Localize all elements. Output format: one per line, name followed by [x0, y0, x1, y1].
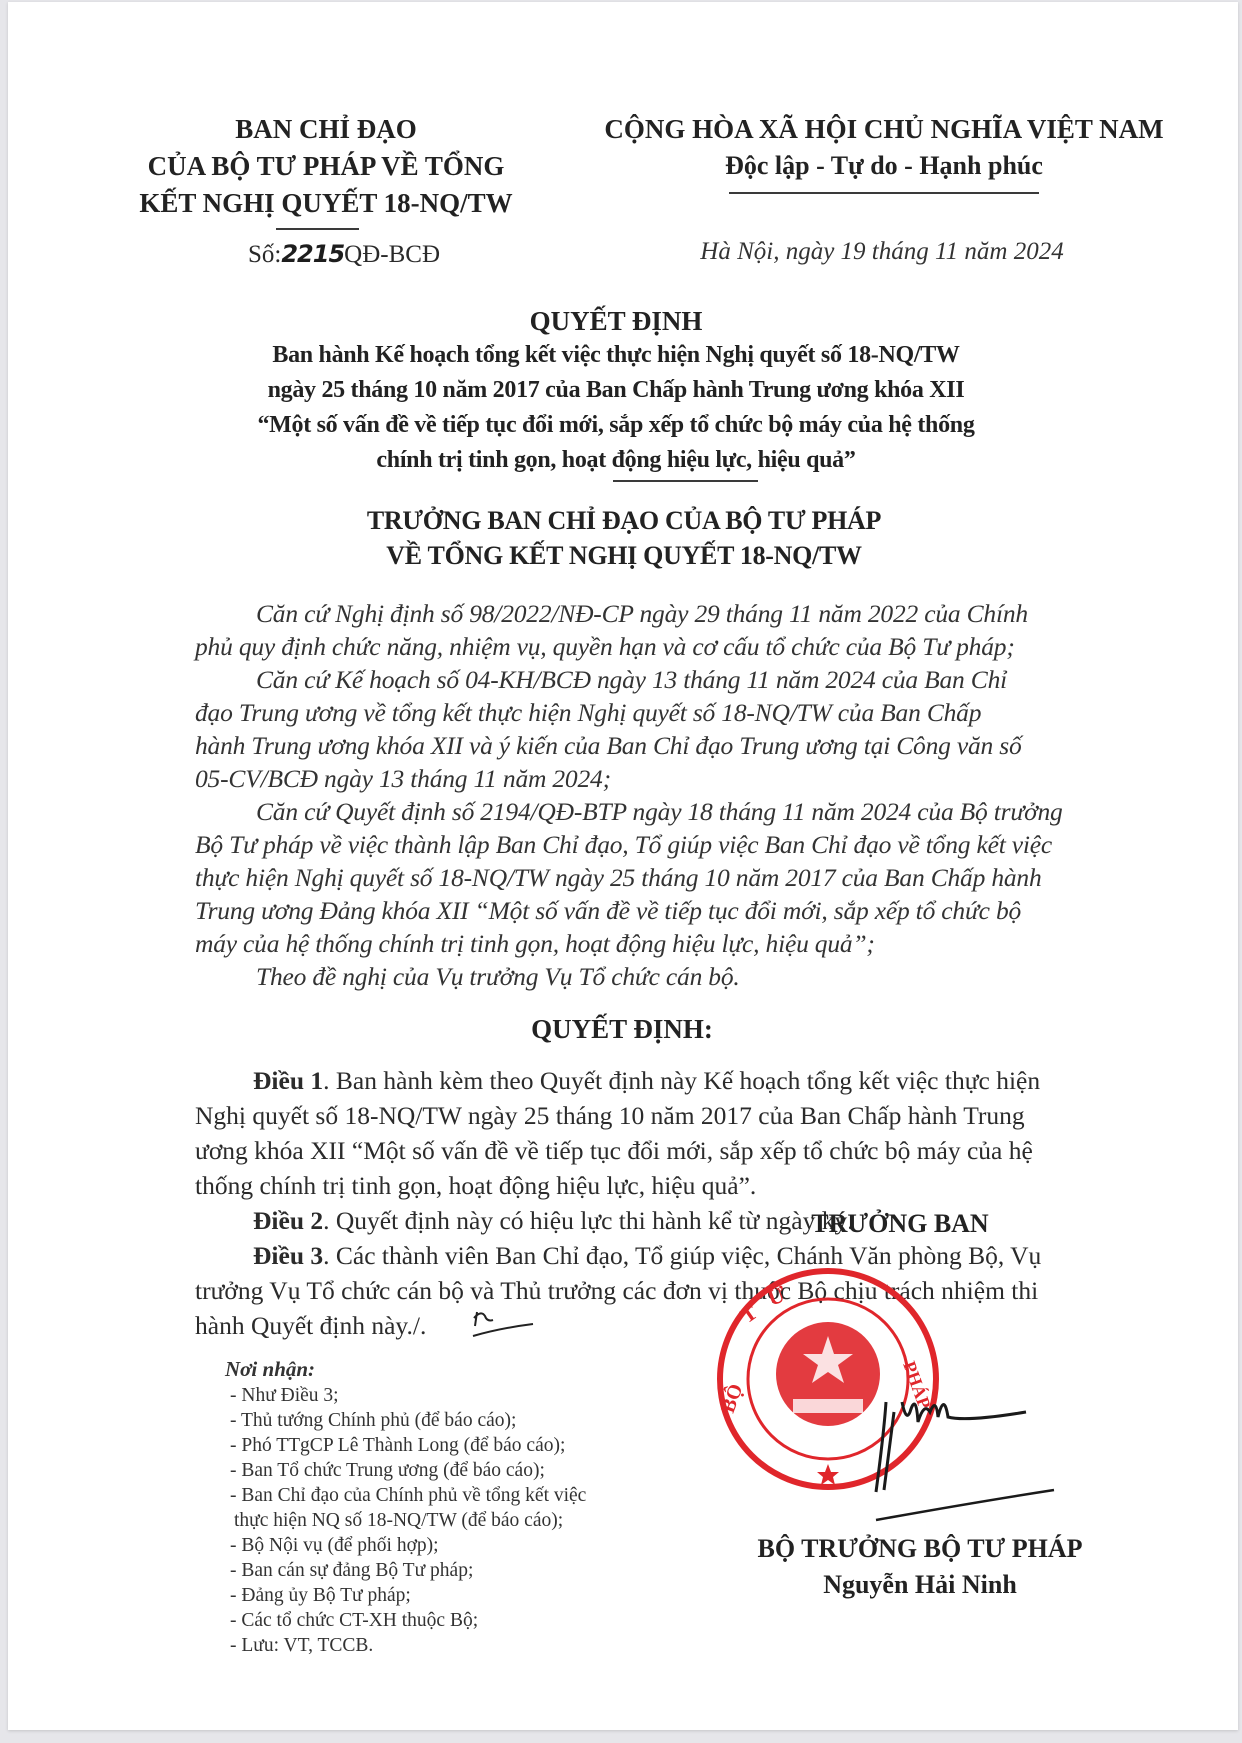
preamble-line: Trung ương Đảng khóa XII “Một số vấn đề … [195, 896, 1021, 926]
issuer-underline [276, 228, 359, 230]
recipients-heading: Nơi nhận: [225, 1357, 315, 1382]
subject-line-1: Ban hành Kế hoạch tổng kết việc thực hiệ… [272, 342, 959, 369]
recipient-item: - Ban Chỉ đạo của Chính phủ về tổng kết … [230, 1485, 586, 1507]
preamble-line: 05-CV/BCĐ ngày 13 tháng 11 năm 2024; [195, 764, 611, 794]
recipient-item: - Như Điều 3; [230, 1385, 339, 1407]
recipient-item: - Ban Tổ chức Trung ương (để báo cáo); [230, 1460, 545, 1482]
signature-role: TRƯỞNG BAN [811, 1209, 988, 1239]
recipient-item: - Thủ tướng Chính phủ (để báo cáo); [230, 1410, 516, 1432]
subject-line-3: “Một số vấn đề về tiếp tục đổi mới, sắp … [257, 412, 974, 439]
signer-name: Nguyễn Hải Ninh [823, 1570, 1017, 1600]
article-3-label: Điều 3 [253, 1241, 323, 1270]
national-motto: Độc lập - Tự do - Hạnh phúc [725, 151, 1043, 181]
document-number: Số:2215QĐ-BCĐ [248, 240, 440, 269]
recipient-item: - Ban cán sự đảng Bộ Tư pháp; [230, 1560, 473, 1582]
authority-line-1: TRƯỞNG BAN CHỈ ĐẠO CỦA BỘ TƯ PHÁP [367, 506, 881, 536]
handwritten-signature-icon [866, 1372, 1056, 1532]
preamble-line: thực hiện Nghị quyết số 18-NQ/TW ngày 25… [195, 863, 1042, 893]
subject-line-2: ngày 25 tháng 10 năm 2017 của Ban Chấp h… [268, 377, 965, 404]
document-page: BAN CHỈ ĐẠO CỦA BỘ TƯ PHÁP VỀ TỔNG KẾT N… [8, 2, 1238, 1730]
article-1-line: ương khóa XII “Một số vấn đề về tiếp tục… [195, 1136, 1033, 1166]
number-prefix: Số: [248, 241, 281, 268]
svg-text:Ư: Ư [764, 1281, 789, 1311]
authority-line-2: VỀ TỔNG KẾT NGHỊ QUYẾT 18-NQ/TW [386, 541, 861, 571]
article-2: Điều 2. Quyết định này có hiệu lực thi h… [253, 1206, 854, 1236]
article-3-line: hành Quyết định này./. [195, 1311, 426, 1341]
recipient-item: - Lưu: VT, TCCB. [230, 1635, 373, 1657]
signer-position: BỘ TRƯỞNG BỘ TƯ PHÁP [757, 1534, 1082, 1564]
svg-text:T: T [736, 1299, 763, 1328]
preamble-line: Theo đề nghị của Vụ trưởng Vụ Tổ chức cá… [256, 962, 740, 992]
preamble-line: Căn cứ Kế hoạch số 04-KH/BCĐ ngày 13 thá… [256, 665, 1007, 695]
number-suffix: QĐ-BCĐ [344, 241, 440, 268]
preamble-line: hành Trung ương khóa XII và ý kiến của B… [195, 731, 1022, 761]
preamble-line: máy của hệ thống chính trị tinh gọn, hoạ… [195, 929, 875, 959]
recipient-item: - Các tổ chức CT-XH thuộc Bộ; [230, 1610, 478, 1632]
preamble-line: Căn cứ Nghị định số 98/2022/NĐ-CP ngày 2… [256, 599, 1028, 629]
preamble-line: phủ quy định chức năng, nhiệm vụ, quyền … [195, 632, 1015, 662]
national-title: CỘNG HÒA XÃ HỘI CHỦ NGHĨA VIỆT NAM [604, 114, 1163, 145]
decision-heading: QUYẾT ĐỊNH: [531, 1014, 713, 1045]
initial-mark-icon [471, 1304, 541, 1340]
article-1-line: thống chính trị tinh gọn, hoạt động hiệu… [195, 1171, 756, 1201]
recipient-item: - Đảng ủy Bộ Tư pháp; [230, 1585, 411, 1607]
motto-underline [729, 192, 1039, 194]
article-1-line: Nghị quyết số 18-NQ/TW ngày 25 tháng 10 … [195, 1101, 1025, 1131]
document-type: QUYẾT ĐỊNH [530, 306, 703, 337]
subject-line-4: chính trị tinh gọn, hoạt động hiệu lực, … [376, 447, 855, 474]
handwritten-number: 2215 [281, 240, 344, 268]
place-date: Hà Nội, ngày 19 tháng 11 năm 2024 [700, 238, 1063, 266]
issuer-line-1: BAN CHỈ ĐẠO [235, 114, 417, 145]
issuer-line-3: KẾT NGHỊ QUYẾT 18-NQ/TW [139, 188, 512, 219]
preamble-line: Căn cứ Quyết định số 2194/QĐ-BTP ngày 18… [256, 797, 1063, 827]
preamble-line: đạo Trung ương về tổng kết thực hiện Ngh… [195, 698, 981, 728]
issuer-line-2: CỦA BỘ TƯ PHÁP VỀ TỔNG [148, 151, 505, 182]
preamble-line: Bộ Tư pháp về việc thành lập Ban Chỉ đạo… [195, 830, 1052, 860]
recipient-item: - Phó TTgCP Lê Thành Long (để báo cáo); [230, 1435, 565, 1457]
title-underline [613, 480, 758, 482]
recipient-item: - Bộ Nội vụ (để phối hợp); [230, 1535, 439, 1557]
article-2-label: Điều 2 [253, 1206, 323, 1235]
article-1: Điều 1. Ban hành kèm theo Quyết định này… [253, 1066, 1040, 1096]
recipient-item: thực hiện NQ số 18-NQ/TW (để báo cáo); [234, 1510, 563, 1532]
article-1-label: Điều 1 [253, 1066, 323, 1095]
